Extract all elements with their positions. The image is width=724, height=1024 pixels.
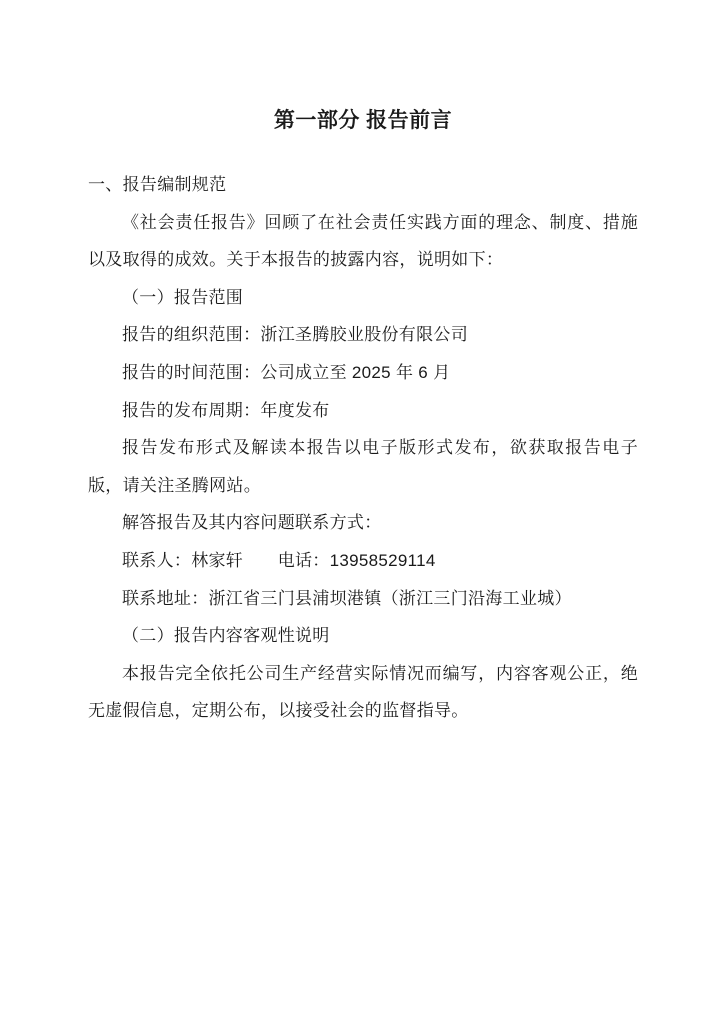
paragraph-objectivity-statement: 本报告完全依托公司生产经营实际情况而编写，内容客观公正，绝无虚假信息，定期公布，… [88, 655, 638, 730]
document-title: 第一部分 报告前言 [88, 106, 638, 136]
paragraph-contact-intro: 解答报告及其内容问题联系方式： [88, 504, 638, 542]
paragraph-time-scope: 报告的时间范围：公司成立至 2025 年 6 月 [88, 354, 638, 392]
paragraph-organization-scope: 报告的组织范围：浙江圣腾胶业股份有限公司 [88, 316, 638, 354]
paragraph-release-format: 报告发布形式及解读本报告以电子版形式发布，欲获取报告电子版，请关注圣腾网站。 [88, 429, 638, 504]
document-page: 第一部分 报告前言 一、报告编制规范 《社会责任报告》回顾了在社会责任实践方面的… [0, 0, 724, 1024]
section-heading-report-standards: 一、报告编制规范 [88, 166, 638, 204]
paragraph-report-intro: 《社会责任报告》回顾了在社会责任实践方面的理念、制度、措施以及取得的成效。关于本… [88, 204, 638, 279]
paragraph-contact-address: 联系地址：浙江省三门县浦坝港镇（浙江三门沿海工业城） [88, 580, 638, 618]
paragraph-contact-person-phone: 联系人：林家轩 电话：13958529114 [88, 542, 638, 580]
sub-heading-objectivity: （二）报告内容客观性说明 [88, 617, 638, 655]
sub-heading-report-scope: （一）报告范围 [88, 279, 638, 317]
paragraph-release-cycle: 报告的发布周期：年度发布 [88, 392, 638, 430]
document-body: 一、报告编制规范 《社会责任报告》回顾了在社会责任实践方面的理念、制度、措施以及… [88, 166, 638, 730]
